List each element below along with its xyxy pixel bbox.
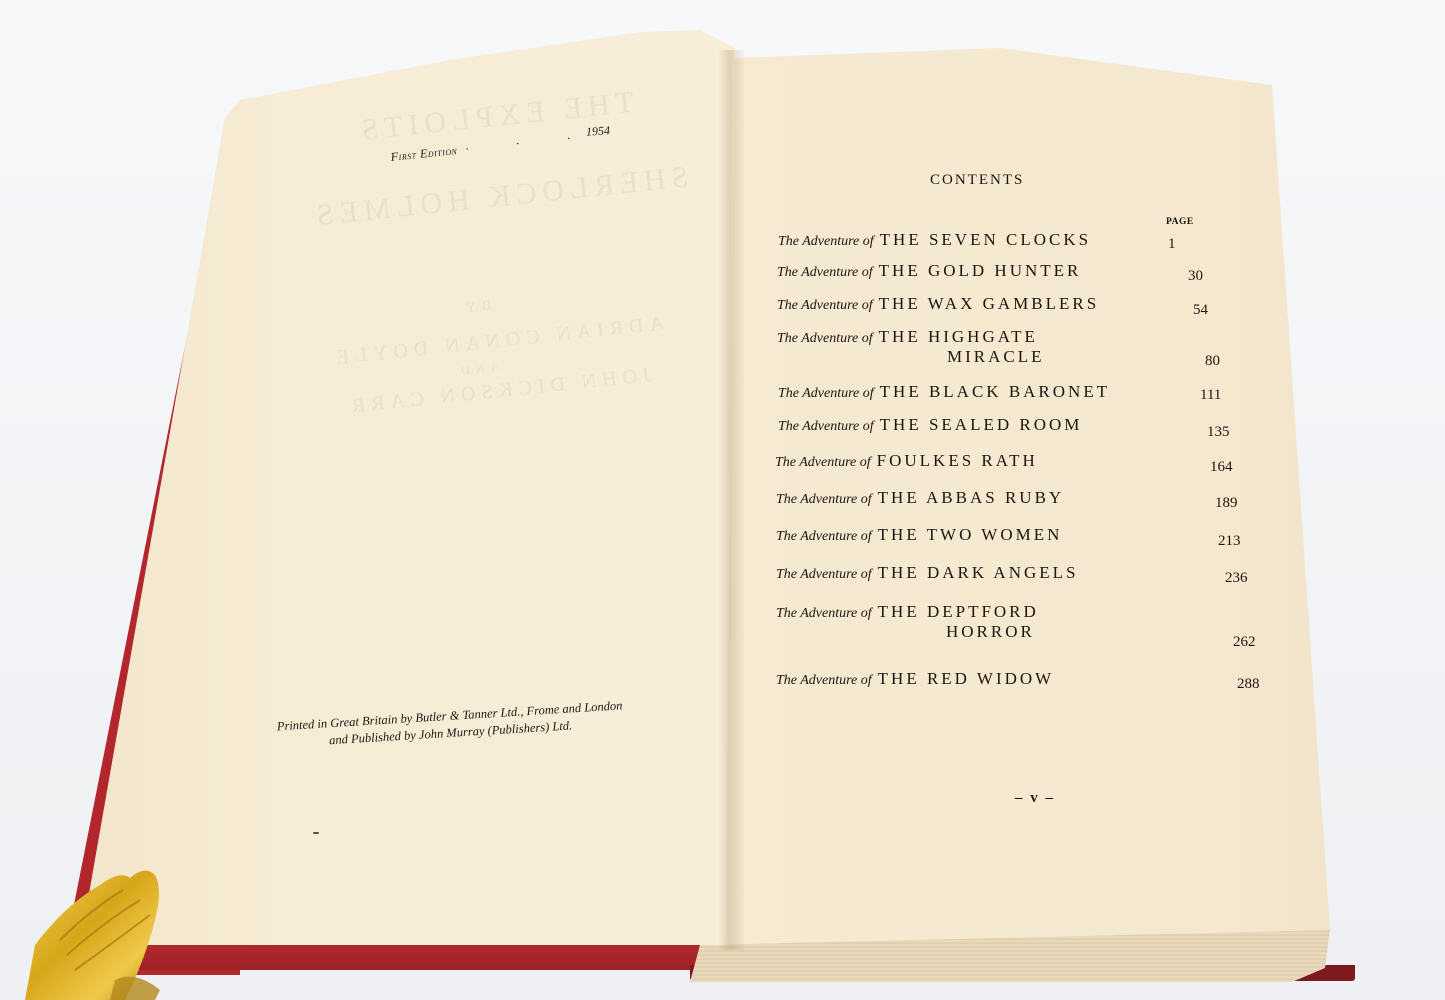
page-folio: – v – <box>1015 790 1055 807</box>
toc-entry: The Adventure ofTHE DEPTFORDHORROR <box>776 602 1039 642</box>
toc-entry-prefix: The Adventure of <box>778 234 874 249</box>
toc-entry-page-number: 288 <box>1237 676 1260 693</box>
toc-entry-page-number: 30 <box>1188 268 1203 285</box>
contents-heading: CONTENTS <box>930 172 1024 189</box>
toc-entry-page-number: 164 <box>1210 459 1233 476</box>
toc-entry-title: THE DEPTFORD <box>878 602 1039 621</box>
toc-entry: The Adventure ofTHE DARK ANGELS <box>776 563 1079 583</box>
toc-entry-prefix: The Adventure of <box>775 455 871 470</box>
toc-entry: The Adventure ofTHE BLACK BARONET <box>778 382 1110 402</box>
toc-entry-page-number: 1 <box>1168 236 1176 253</box>
toc-entry-prefix: The Adventure of <box>776 606 872 621</box>
toc-entry: The Adventure ofTHE HIGHGATEMIRACLE <box>777 327 1045 367</box>
book-photo: THE EXPLOITS SHERLOCK HOLMES BY ADRIAN C… <box>0 0 1445 1000</box>
toc-entry-prefix: The Adventure of <box>778 419 874 434</box>
edition-year: 1954 <box>586 123 611 140</box>
toc-entry-prefix: The Adventure of <box>777 298 873 313</box>
toc-entry-title-continued: MIRACLE <box>947 347 1045 367</box>
toc-entry-title: THE WAX GAMBLERS <box>879 294 1100 313</box>
toc-entry-title: THE HIGHGATE <box>879 327 1038 346</box>
toc-entry: The Adventure ofTHE SEVEN CLOCKS <box>778 230 1091 250</box>
toc-entry-title: FOULKES RATH <box>877 451 1038 470</box>
page-column-label: PAGE <box>1166 217 1194 227</box>
toc-entry: The Adventure ofTHE SEALED ROOM <box>778 415 1082 435</box>
toc-entry: The Adventure ofTHE GOLD HUNTER <box>777 261 1081 281</box>
toc-entry-title: THE SEVEN CLOCKS <box>880 230 1091 249</box>
toc-entry-title: THE TWO WOMEN <box>878 525 1063 544</box>
toc-entry: The Adventure ofTHE ABBAS RUBY <box>776 488 1064 508</box>
gutter-shadow <box>718 50 744 950</box>
toc-entry-page-number: 236 <box>1225 570 1248 587</box>
paper-speck <box>313 832 319 834</box>
toc-entry-prefix: The Adventure of <box>777 265 873 280</box>
toc-entry: The Adventure ofTHE TWO WOMEN <box>776 525 1062 545</box>
toc-entry-title: THE DARK ANGELS <box>878 563 1079 582</box>
toc-entry-page-number: 111 <box>1200 387 1221 404</box>
toc-entry-page-number: 54 <box>1193 302 1208 319</box>
toc-entry-title: THE ABBAS RUBY <box>878 488 1065 507</box>
toc-entry-prefix: The Adventure of <box>777 331 873 346</box>
toc-entry-page-number: 262 <box>1233 634 1256 651</box>
toc-entry-page-number: 80 <box>1205 353 1220 370</box>
toc-entry-prefix: The Adventure of <box>776 567 872 582</box>
toc-entry-page-number: 189 <box>1215 495 1238 512</box>
toc-entry-prefix: The Adventure of <box>778 386 874 401</box>
toc-entry-title: THE RED WIDOW <box>878 669 1055 688</box>
gold-hand-clip-icon <box>5 850 165 1000</box>
toc-entry-title: THE BLACK BARONET <box>880 382 1110 401</box>
toc-entry-page-number: 135 <box>1207 424 1230 441</box>
toc-entry-prefix: The Adventure of <box>776 492 872 507</box>
toc-entry-title: THE SEALED ROOM <box>880 415 1083 434</box>
show-through-text: BY <box>459 298 492 317</box>
toc-entry: The Adventure ofTHE RED WIDOW <box>776 669 1054 689</box>
toc-entry-prefix: The Adventure of <box>776 673 872 688</box>
toc-entry-page-number: 213 <box>1218 533 1241 550</box>
toc-entry-prefix: The Adventure of <box>776 529 872 544</box>
toc-entry: The Adventure ofFOULKES RATH <box>775 451 1038 471</box>
toc-entry-title-continued: HORROR <box>946 622 1039 642</box>
toc-entry: The Adventure ofTHE WAX GAMBLERS <box>777 294 1099 314</box>
toc-entry-title: THE GOLD HUNTER <box>879 261 1082 280</box>
